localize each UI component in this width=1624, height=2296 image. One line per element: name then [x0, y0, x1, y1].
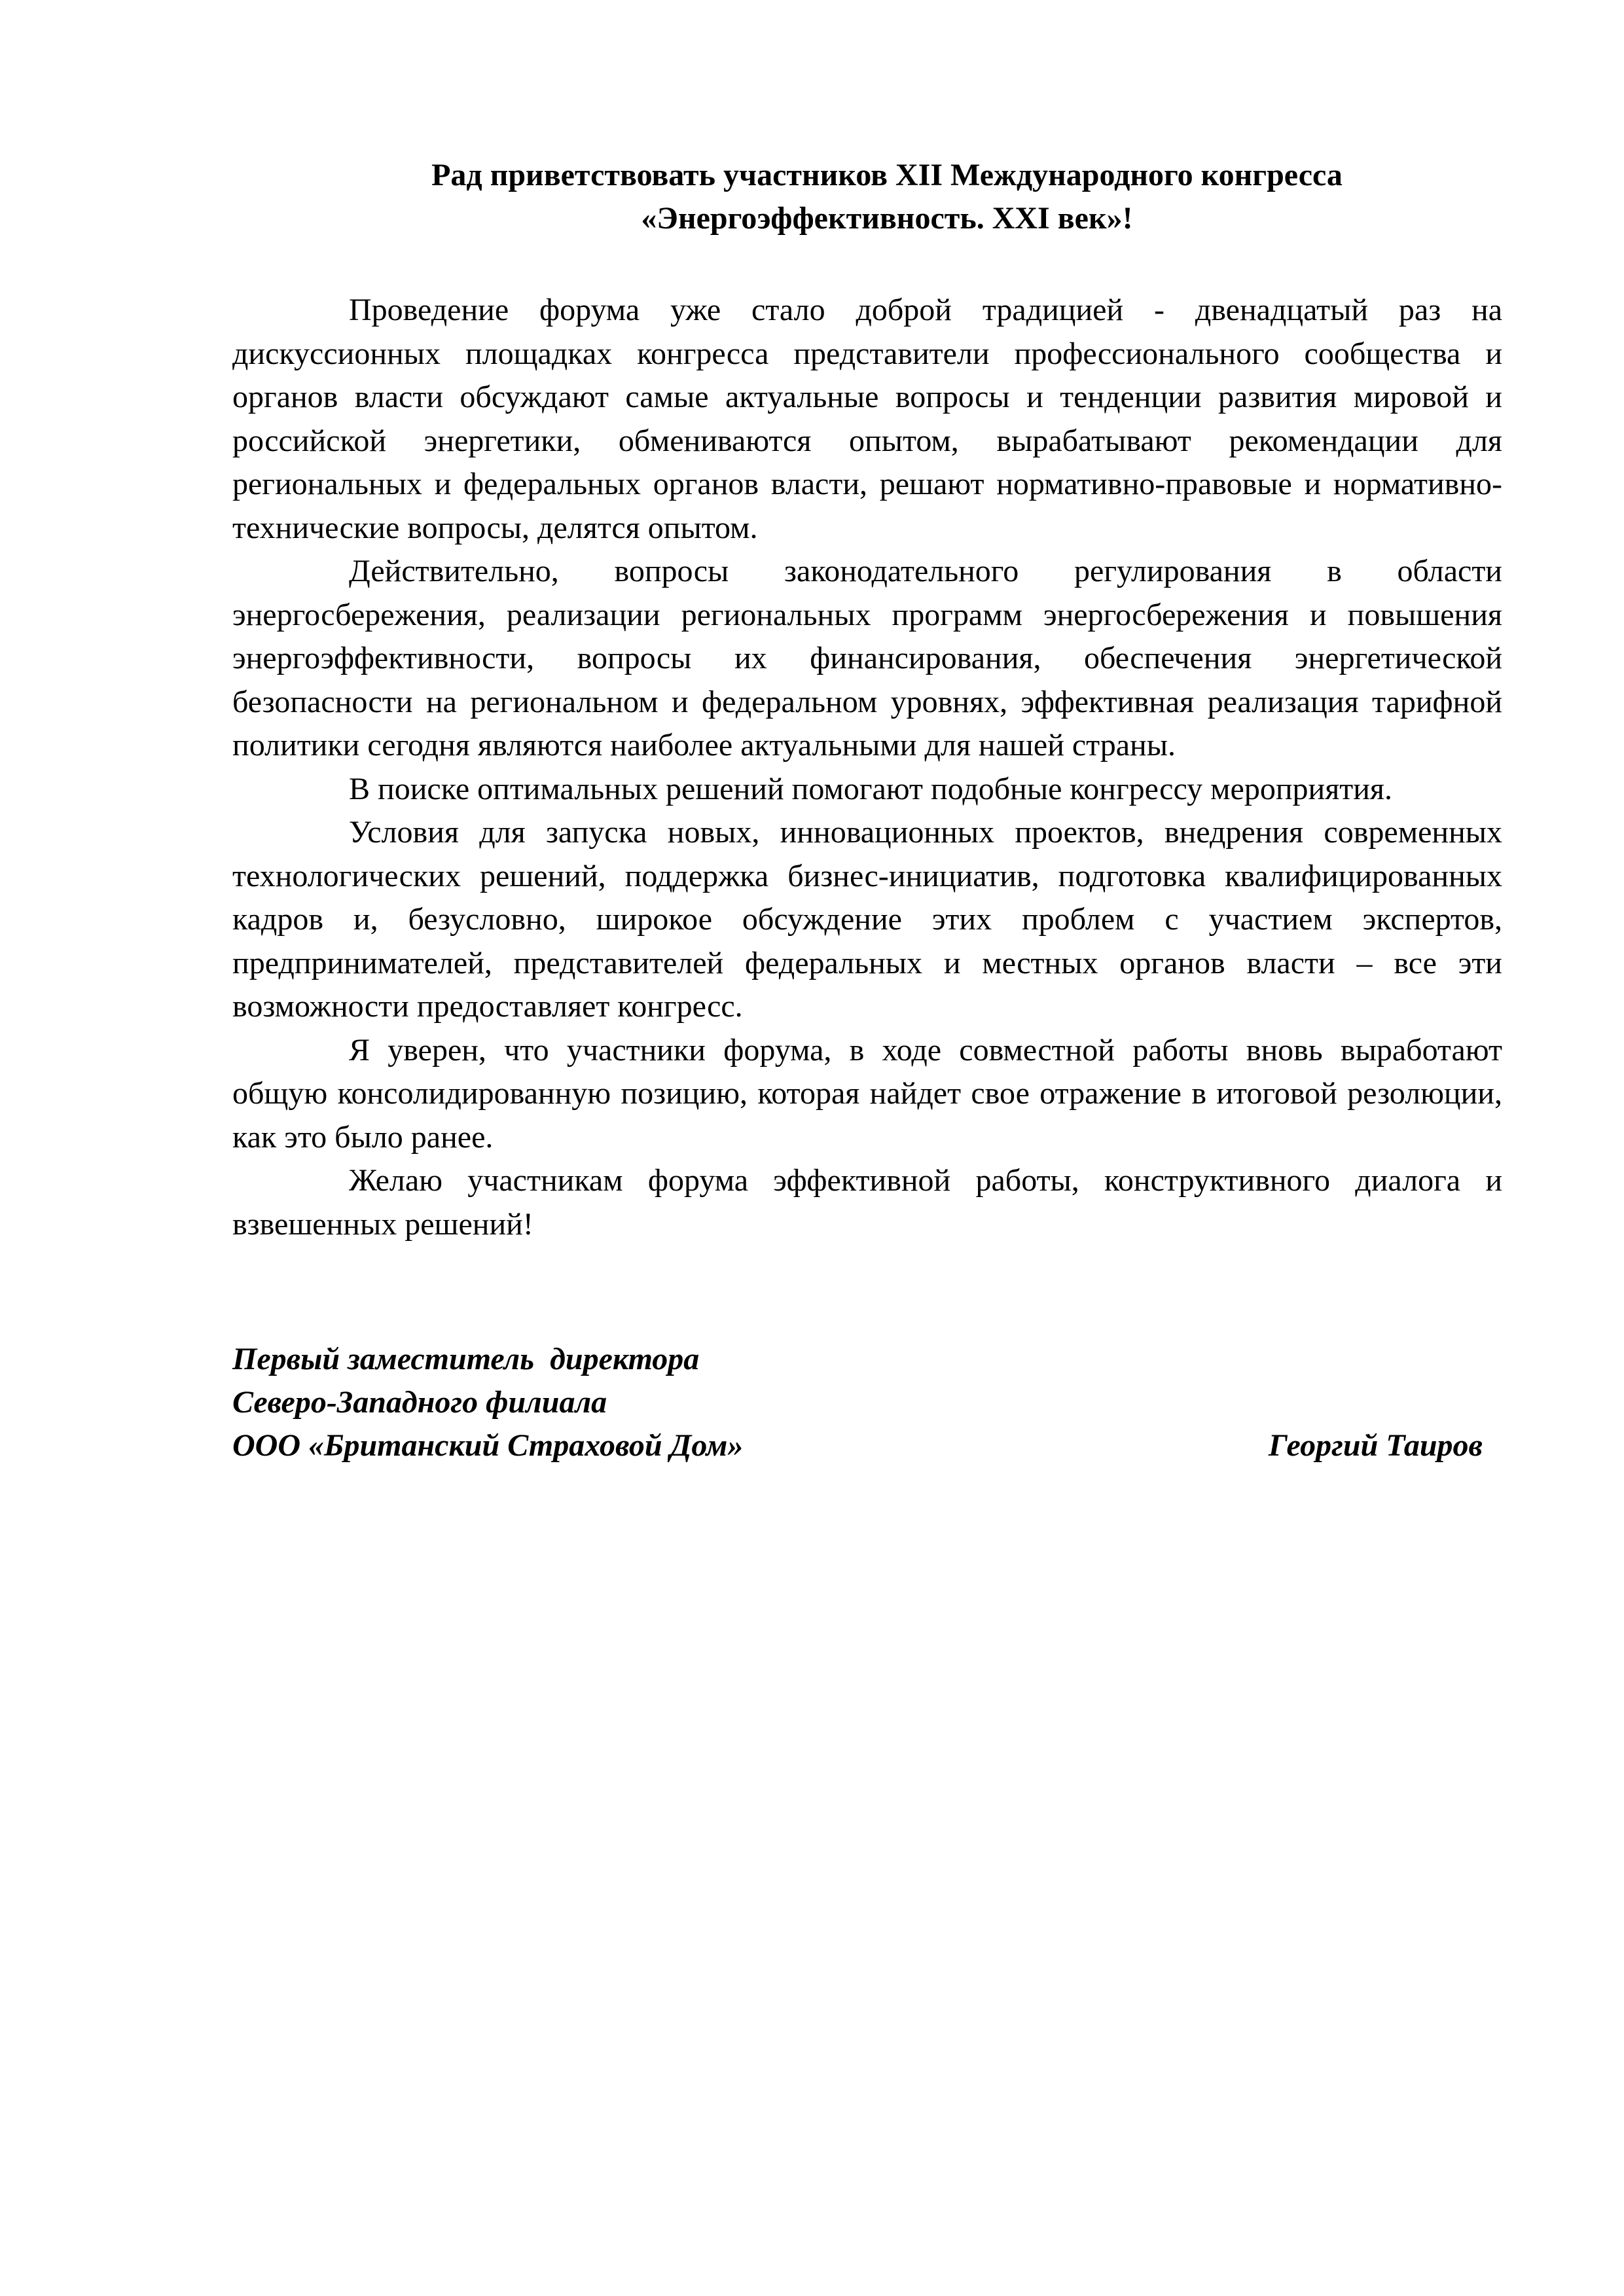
- signature-block: Первый заместитель директора Северо-Запа…: [232, 1338, 1502, 1467]
- letter-page: Рад приветствовать участников XII Междун…: [232, 154, 1502, 1467]
- signer-position-1: Первый заместитель директора: [232, 1338, 699, 1381]
- signature-position-line-1: Первый заместитель директора: [232, 1338, 1502, 1381]
- signature-organization-line: ООО «Британский Страховой Дом» Георгий Т…: [232, 1424, 1502, 1467]
- signature-position-line-2: Северо-Западного филиала: [232, 1381, 1502, 1424]
- signer-name: Георгий Таиров: [1269, 1424, 1502, 1467]
- paragraph-5: Я уверен, что участники форума, в ходе с…: [232, 1029, 1502, 1160]
- paragraph-1: Проведение форума уже стало доброй тради…: [232, 289, 1502, 550]
- paragraph-2: Действительно, вопросы законодательного …: [232, 550, 1502, 768]
- title-line-2: «Энергоэффективность. XXI век»!: [272, 197, 1502, 240]
- title-line-1: Рад приветствовать участников XII Междун…: [272, 154, 1502, 197]
- paragraph-4: Условия для запуска новых, инновационных…: [232, 811, 1502, 1029]
- paragraph-6: Желаю участникам форума эффективной рабо…: [232, 1159, 1502, 1246]
- paragraph-3: В поиске оптимальных решений помогают по…: [232, 768, 1502, 812]
- signer-organization: ООО «Британский Страховой Дом»: [232, 1424, 743, 1467]
- letter-title: Рад приветствовать участников XII Междун…: [232, 154, 1502, 240]
- letter-body: Проведение форума уже стало доброй тради…: [232, 289, 1502, 1246]
- signer-position-2: Северо-Западного филиала: [232, 1381, 607, 1424]
